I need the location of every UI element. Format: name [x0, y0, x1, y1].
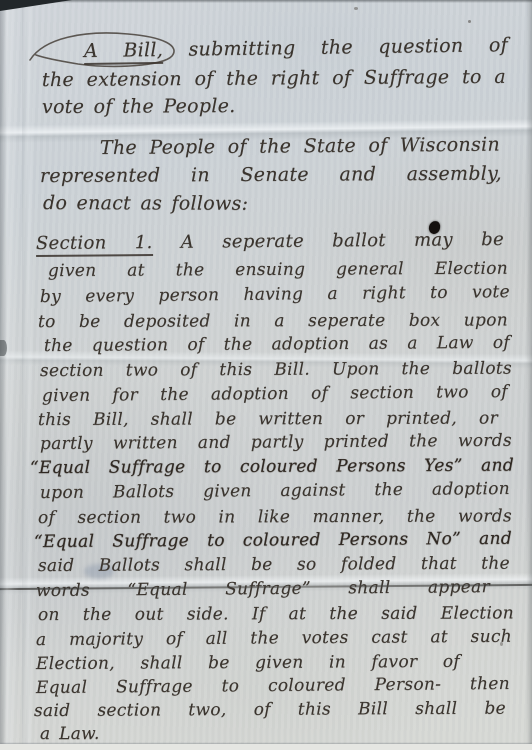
- manuscript-text: A seperate ballot may be: [152, 229, 504, 253]
- manuscript-line-6: do enact as follows:: [43, 194, 248, 214]
- manuscript-line-5: represented in Senate and assembly,: [40, 165, 502, 186]
- manuscript-line-27: a Law.: [40, 726, 100, 743]
- manuscript-line-7: Section 1. A seperate ballot may be: [36, 231, 504, 253]
- manuscript-line-23: a majority of all the votes cast at such: [36, 629, 512, 649]
- manuscript-line-21: words “Equal Suffrage” shall appear: [36, 579, 490, 600]
- manuscript-line-4: The People of the State of Wisconsin: [100, 136, 500, 158]
- paper-top-edge: [0, 0, 532, 3]
- photographed-manuscript: { "colors": { "paper": "#cfd3d6", "ink":…: [0, 0, 532, 750]
- manuscript-line-25: Equal Suffrage to coloured Person- then: [36, 676, 510, 697]
- manuscript-line-22: on the out side. If at the said Election: [38, 605, 514, 624]
- manuscript-line-15: partly written and partly printed the wo…: [40, 433, 512, 453]
- ink-speck: [354, 7, 358, 10]
- paper-edge-notch: [0, 340, 7, 356]
- pen-flourish-oval: [22, 28, 184, 74]
- manuscript-line-8: given at the ensuing general Election: [48, 261, 508, 280]
- manuscript-line-16: “Equal Suffrage to coloured Persons Yes”…: [30, 457, 514, 477]
- manuscript-line-10: to be deposited in a seperate box upon: [38, 312, 508, 331]
- ink-speck: [468, 20, 471, 23]
- manuscript-line-12: section two of this Bill. Upon the ballo…: [40, 361, 512, 380]
- paper-bottom-edge: [0, 744, 532, 750]
- manuscript-line-3: vote of the People.: [42, 97, 236, 117]
- manuscript-line-18: of section two in like manner, the words: [38, 508, 512, 527]
- manuscript-line-20: said Ballots shall be so folded that the: [38, 556, 510, 575]
- manuscript-line-26: said section two, of this Bill shall be: [34, 701, 506, 720]
- section-heading: Section 1.: [36, 232, 153, 257]
- manuscript-line-13: given for the adoption of section two of: [42, 384, 508, 405]
- manuscript-line-14: this Bill, shall be written or printed, …: [38, 410, 498, 429]
- manuscript-line-11: the question of the adoption as a Law of: [44, 335, 510, 355]
- manuscript-line-19: “Equal Suffrage to coloured Persons No” …: [34, 531, 512, 551]
- manuscript-line-24: Election, shall be given in favor of: [36, 654, 460, 673]
- manuscript-line-17: upon Ballots given against the adoption: [40, 481, 510, 502]
- ink-speck: [500, 642, 503, 646]
- manuscript-line-9: by every person having a right to vote: [40, 284, 510, 306]
